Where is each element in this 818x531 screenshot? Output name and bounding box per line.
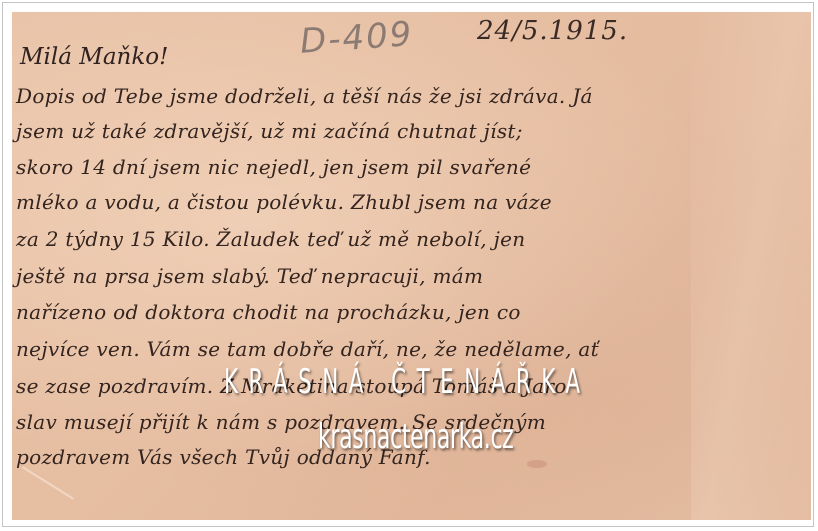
letter-line: nařízeno od doktora chodit na procházku,… (16, 300, 521, 324)
watermark-url: krasnactenarka.cz (318, 417, 513, 457)
watermark-title: KRÁSNÁ ČTENÁŘKA (224, 362, 590, 402)
letter-salutation: Milá Maňko! (20, 44, 168, 70)
letter-line: nejvíce ven. Vám se tam dobře daří, ne, … (16, 337, 599, 361)
letter-date: 24/5.1915. (477, 16, 628, 46)
letter-line: ještě na prsa jsem slabý. Teď nepracuji,… (16, 264, 483, 288)
letter-line: mléko a vodu, a čistou polévku. Zhubl js… (16, 190, 552, 214)
paper-stain (527, 460, 547, 468)
letter-line: za 2 týdny 15 Kilo. Žaludek teď už mě ne… (16, 227, 525, 251)
paper-crease (22, 466, 74, 499)
letter-line: Dopis od Tebe jsme dodrželi, a těší nás … (16, 84, 593, 108)
letter-line: jsem už také zdravější, už mi začíná chu… (16, 119, 523, 143)
letter-paper: D-409 24/5.1915. Milá Maňko! Dopis od Te… (12, 12, 811, 520)
image-frame: D-409 24/5.1915. Milá Maňko! Dopis od Te… (2, 2, 814, 527)
archive-mark: D-409 (299, 14, 415, 62)
letter-line: skoro 14 dní jsem nic nejedl, jen jsem p… (16, 155, 531, 179)
